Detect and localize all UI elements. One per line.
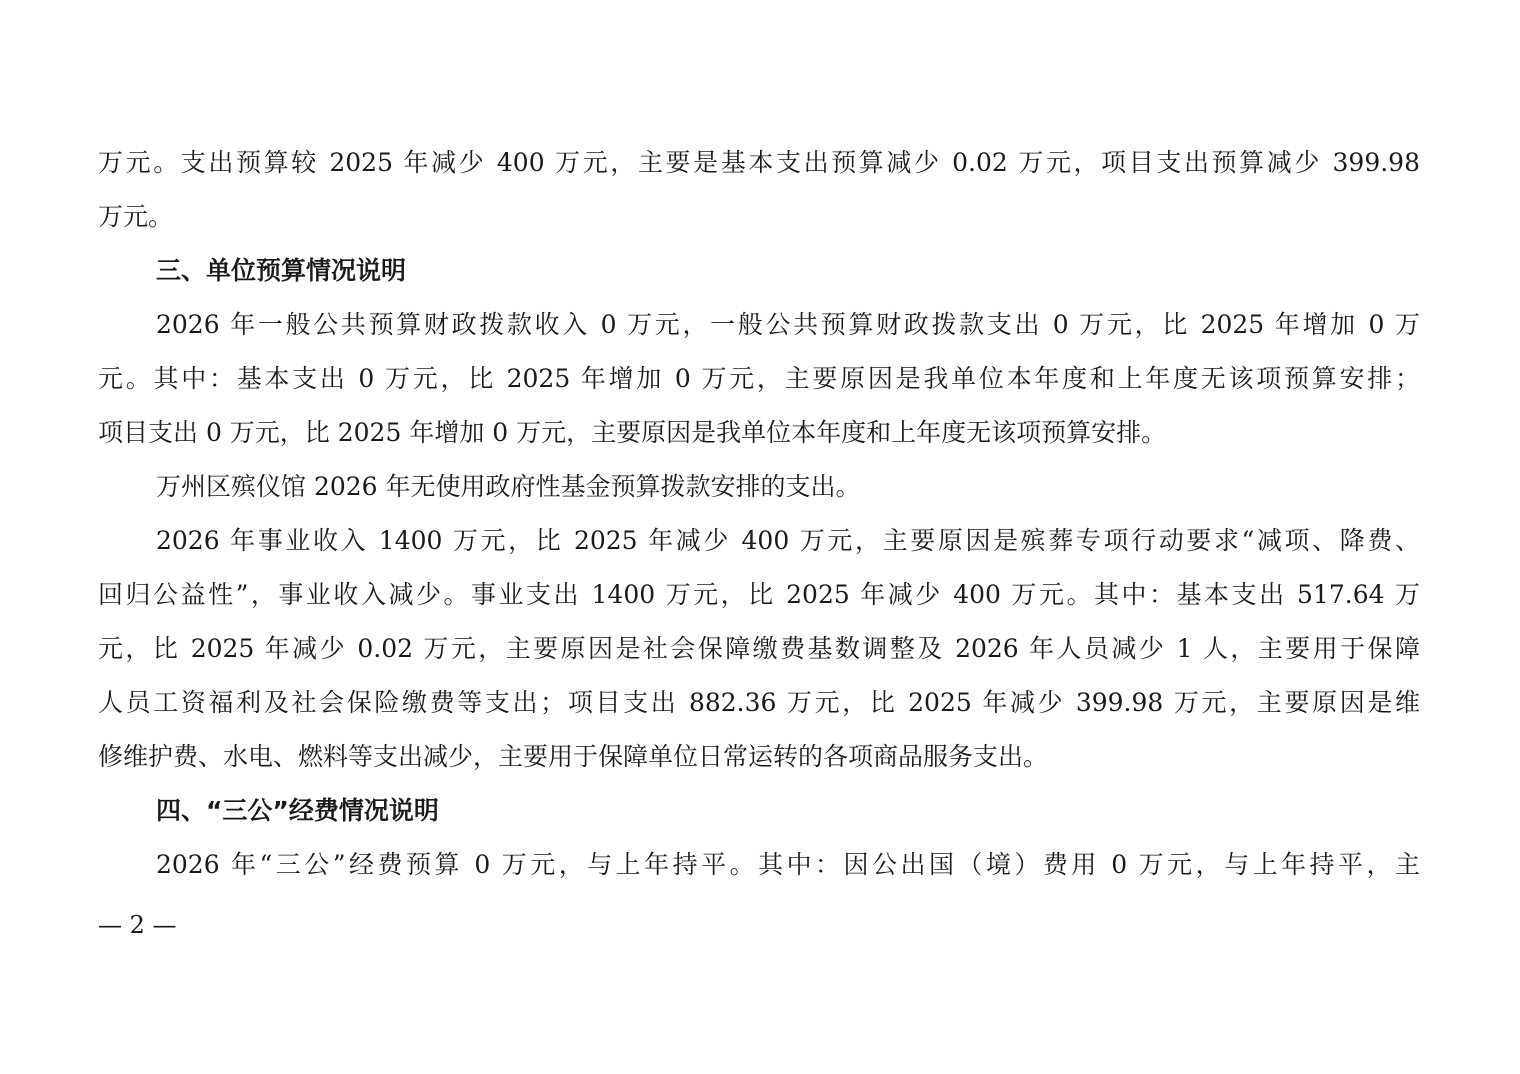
paragraph-line: 2026 年一般公共预算财政拨款收入 0 万元，一般公共预算财政拨款支出 0 万… [156,298,1420,352]
paragraph-line: 万元。支出预算较 2025 年减少 400 万元，主要是基本支出预算减少 0.0… [98,136,1420,190]
paragraph-line: 万元。 [98,190,1420,244]
paragraph-line: 人员工资福利及社会保险缴费等支出；项目支出 882.36 万元，比 2025 年… [98,676,1420,730]
paragraph-line: 万州区殡仪馆 2026 年无使用政府性基金预算拨款安排的支出。 [156,460,1420,514]
document-page: 万元。支出预算较 2025 年减少 400 万元，主要是基本支出预算减少 0.0… [0,0,1520,1074]
page-number: — 2 — [98,905,177,945]
paragraph-line: 元，比 2025 年减少 0.02 万元，主要原因是社会保障缴费基数调整及 20… [98,622,1420,676]
paragraph-line: 2026 年“三公”经费预算 0 万元，与上年持平。其中：因公出国（境）费用 0… [156,838,1420,892]
paragraph-line: 元。其中：基本支出 0 万元，比 2025 年增加 0 万元，主要原因是我单位本… [98,352,1420,406]
section-heading-three-public-expenses: 四、“三公”经费情况说明 [156,784,439,838]
paragraph-line: 项目支出 0 万元，比 2025 年增加 0 万元，主要原因是我单位本年度和上年… [98,406,1420,460]
paragraph-line: 回归公益性”，事业收入减少。事业支出 1400 万元，比 2025 年减少 40… [98,568,1420,622]
paragraph-line: 2026 年事业收入 1400 万元，比 2025 年减少 400 万元，主要原… [156,514,1420,568]
section-heading-unit-budget: 三、单位预算情况说明 [156,244,406,298]
paragraph-line: 修维护费、水电、燃料等支出减少，主要用于保障单位日常运转的各项商品服务支出。 [98,730,1420,784]
